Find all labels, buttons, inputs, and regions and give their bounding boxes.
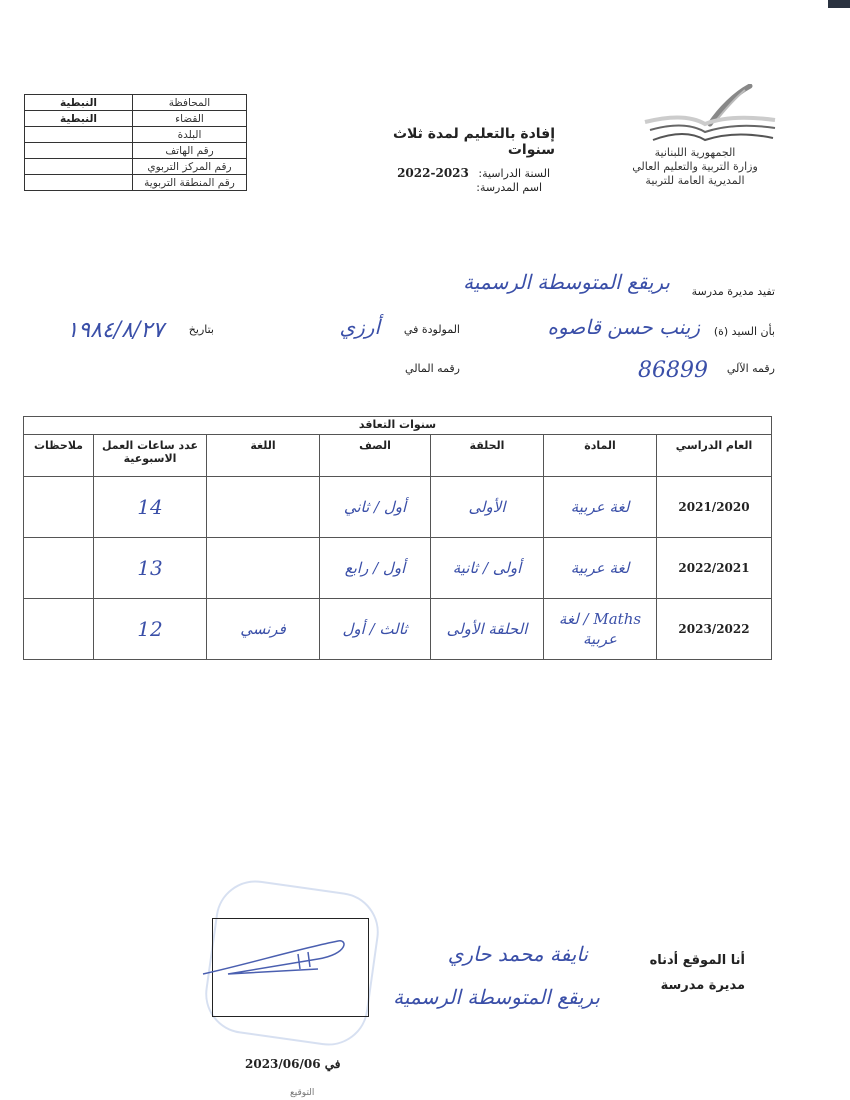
born-in-handwritten: أرزي — [339, 315, 380, 339]
table-row: 2023/2022 Maths / لغة عربية الحلقة الأول… — [24, 599, 772, 660]
role-label: مديرة مدرسة — [595, 973, 745, 998]
cell-language: فرنسي — [207, 599, 320, 660]
school-name-label: اسم المدرسة: — [360, 181, 542, 194]
info-row: رقم المركز التربوي — [25, 159, 247, 175]
school-handwritten: بريقع المتوسطة الرسمية — [463, 270, 670, 294]
cell-year: 2022/2021 — [657, 538, 772, 599]
cell-year: 2023/2022 — [657, 599, 772, 660]
birth-date-handwritten: ١٩٨٤/٨/٢٧ — [66, 318, 164, 343]
scan-edge-mark — [828, 0, 850, 8]
table-caption: سنوات التعاقد — [24, 417, 772, 435]
cell-cycle: أولى / ثانية — [431, 538, 544, 599]
cell-notes — [24, 599, 94, 660]
info-row: رقم المنطقة التربوية — [25, 175, 247, 191]
header-grade: الصف — [320, 435, 431, 477]
born-in-label: المولودة في — [404, 323, 460, 336]
cell-language — [207, 477, 320, 538]
person-label: بأن السيد (ة) — [714, 325, 775, 338]
signer-name-handwritten: نايفة محمد حاري — [448, 942, 588, 966]
cell-cycle: الحلقة الأولى — [431, 599, 544, 660]
financial-number-label: رقمه المالي — [405, 362, 460, 375]
cell-subject: لغة عربية — [544, 477, 657, 538]
info-row: المحافظةالنبطية — [25, 95, 247, 111]
auto-number-label: رقمه الآلي — [727, 362, 775, 375]
auto-number-handwritten: 86899 — [638, 358, 708, 383]
cell-cycle: الأولى — [431, 477, 544, 538]
cell-hours: 14 — [94, 477, 207, 538]
header-notes: ملاحظات — [24, 435, 94, 477]
table-row: 2021/2020 لغة عربية الأولى أول / ثاني 14 — [24, 477, 772, 538]
info-row: البلدة — [25, 127, 247, 143]
date-line: في 2023/06/06 — [245, 1057, 341, 1071]
cell-subject: Maths / لغة عربية — [544, 599, 657, 660]
cell-notes — [24, 477, 94, 538]
info-row: القضاءالنبطية — [25, 111, 247, 127]
date-label: بتاريخ — [189, 323, 214, 336]
signer-label: أنا الموقع أدناه — [595, 948, 745, 973]
person-name-handwritten: زينب حسن قاصوه — [548, 315, 701, 339]
academic-year-label: السنة الدراسية: — [478, 167, 550, 180]
cell-grade: ثالث / أول — [320, 599, 431, 660]
academic-year-line: السنة الدراسية: 2023-2022 — [360, 166, 550, 180]
signature-scribble-icon — [198, 919, 353, 1016]
role-school-handwritten: بريقع المتوسطة الرسمية — [393, 985, 600, 1009]
org-line-directorate: المديرية العامة للتربية — [610, 174, 780, 188]
header-language: اللغة — [207, 435, 320, 477]
table-header-row: العام الدراسي المادة الحلقة الصف اللغة ع… — [24, 435, 772, 477]
open-book-quill-logo-icon — [625, 84, 785, 144]
org-line-ministry: وزارة التربية والتعليم العالي — [610, 160, 780, 174]
info-row: رقم الهاتف — [25, 143, 247, 159]
cell-language — [207, 538, 320, 599]
header-academic-year: العام الدراسي — [657, 435, 772, 477]
academic-year-value: 2023-2022 — [397, 166, 469, 180]
document-title: إفادة بالتعليم لمدة ثلاث سنوات — [355, 126, 555, 158]
signature-box — [212, 918, 369, 1017]
table-row: 2022/2021 لغة عربية أولى / ثانية أول / ر… — [24, 538, 772, 599]
contract-years-table: سنوات التعاقد العام الدراسي المادة الحلق… — [23, 416, 772, 660]
org-line-republic: الجمهورية اللبنانية — [610, 146, 780, 160]
cell-notes — [24, 538, 94, 599]
bottom-signature-label: التوقيع — [290, 1088, 314, 1098]
signer-block: أنا الموقع أدناه مديرة مدرسة — [595, 948, 745, 998]
date-prefix: في — [325, 1057, 341, 1071]
school-info-table: المحافظةالنبطية القضاءالنبطية البلدة رقم… — [24, 94, 247, 191]
header-subject: المادة — [544, 435, 657, 477]
date-value: 2023/06/06 — [245, 1057, 321, 1071]
cell-grade: أول / رابع — [320, 538, 431, 599]
cell-subject: لغة عربية — [544, 538, 657, 599]
intro-label: تفيد مديرة مدرسة — [692, 285, 775, 298]
header-cycle: الحلقة — [431, 435, 544, 477]
header-weekly-hours: عدد ساعات العمل الاسبوعية — [94, 435, 207, 477]
cell-hours: 13 — [94, 538, 207, 599]
cell-year: 2021/2020 — [657, 477, 772, 538]
organization-block: الجمهورية اللبنانية وزارة التربية والتعل… — [610, 146, 780, 188]
cell-grade: أول / ثاني — [320, 477, 431, 538]
cell-hours: 12 — [94, 599, 207, 660]
